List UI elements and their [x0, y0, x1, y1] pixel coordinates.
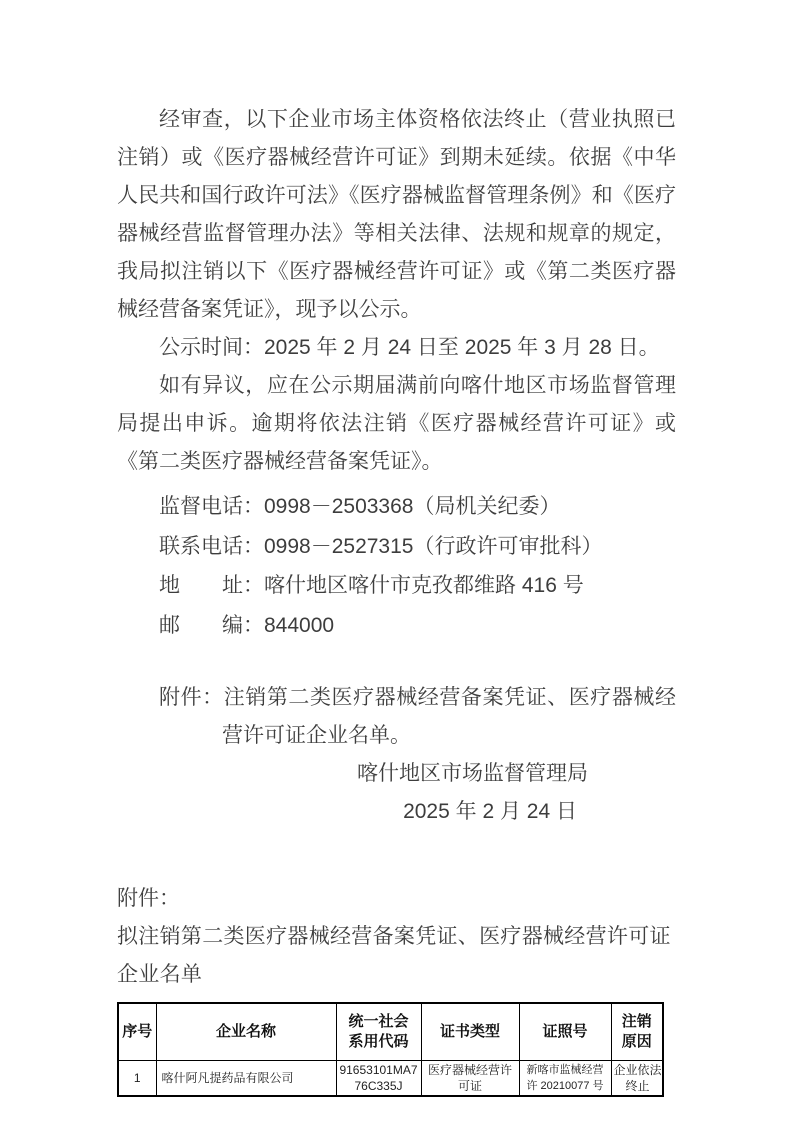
document-page: 经审查，以下企业市场主体资格依法终止（营业执照已注销）或《医疗器械经营许可证》到… [0, 0, 793, 1122]
cell-license-number: 新喀市监械经营许 20210077 号 [519, 1061, 611, 1097]
cell-company-name: 喀什阿凡提药品有限公司 [156, 1061, 336, 1097]
postcode-line: 邮 编：844000 [117, 606, 676, 646]
header-company-name: 企业名称 [156, 1003, 336, 1061]
cell-credit-code: 91653101MA776C335J [336, 1061, 421, 1097]
header-serial-number: 序号 [118, 1003, 156, 1061]
address-line: 地 址：喀什地区喀什市克孜都维路 416 号 [117, 566, 676, 606]
header-certificate-type: 证书类型 [421, 1003, 519, 1061]
contact-phone-line: 联系电话：0998－2527315（行政许可审批科） [117, 527, 676, 567]
companies-table: 序号 企业名称 统一社会系用代码 证书类型 证照号 注销原因 1 喀什阿凡提药品… [117, 1002, 664, 1097]
header-license-number: 证照号 [519, 1003, 611, 1061]
notice-period-paragraph: 公示时间：2025 年 2 月 24 日至 2025 年 3 月 28 日。 [117, 329, 676, 367]
document-date: 2025 年 2 月 24 日 [117, 793, 676, 831]
intro-paragraph: 经审查，以下企业市场主体资格依法终止（营业执照已注销）或《医疗器械经营许可证》到… [117, 101, 676, 329]
cell-serial-number: 1 [118, 1061, 156, 1097]
appendix-label: 附件： [117, 880, 676, 918]
contact-info-block: 监督电话：0998－2503368（局机关纪委） 联系电话：0998－25273… [117, 487, 676, 645]
attachment-note: 附件：注销第二类医疗器械经营备案凭证、医疗器械经营许可证企业名单。 [117, 679, 676, 755]
supervision-phone-line: 监督电话：0998－2503368（局机关纪委） [117, 487, 676, 527]
header-cancel-reason: 注销原因 [611, 1003, 663, 1061]
table-row: 1 喀什阿凡提药品有限公司 91653101MA776C335J 医疗器械经营许… [118, 1061, 663, 1097]
objection-paragraph: 如有异议，应在公示期届满前向喀什地区市场监督管理局提出申诉。逾期将依法注销《医疗… [117, 367, 676, 481]
header-credit-code: 统一社会系用代码 [336, 1003, 421, 1061]
cell-certificate-type: 医疗器械经营许可证 [421, 1061, 519, 1097]
issuing-authority-signature: 喀什地区市场监督管理局 [117, 755, 676, 793]
cell-cancel-reason: 企业依法终止 [611, 1061, 663, 1097]
appendix-title: 拟注销第二类医疗器械经营备案凭证、医疗器械经营许可证企业名单 [117, 918, 676, 994]
table-header-row: 序号 企业名称 统一社会系用代码 证书类型 证照号 注销原因 [118, 1003, 663, 1061]
